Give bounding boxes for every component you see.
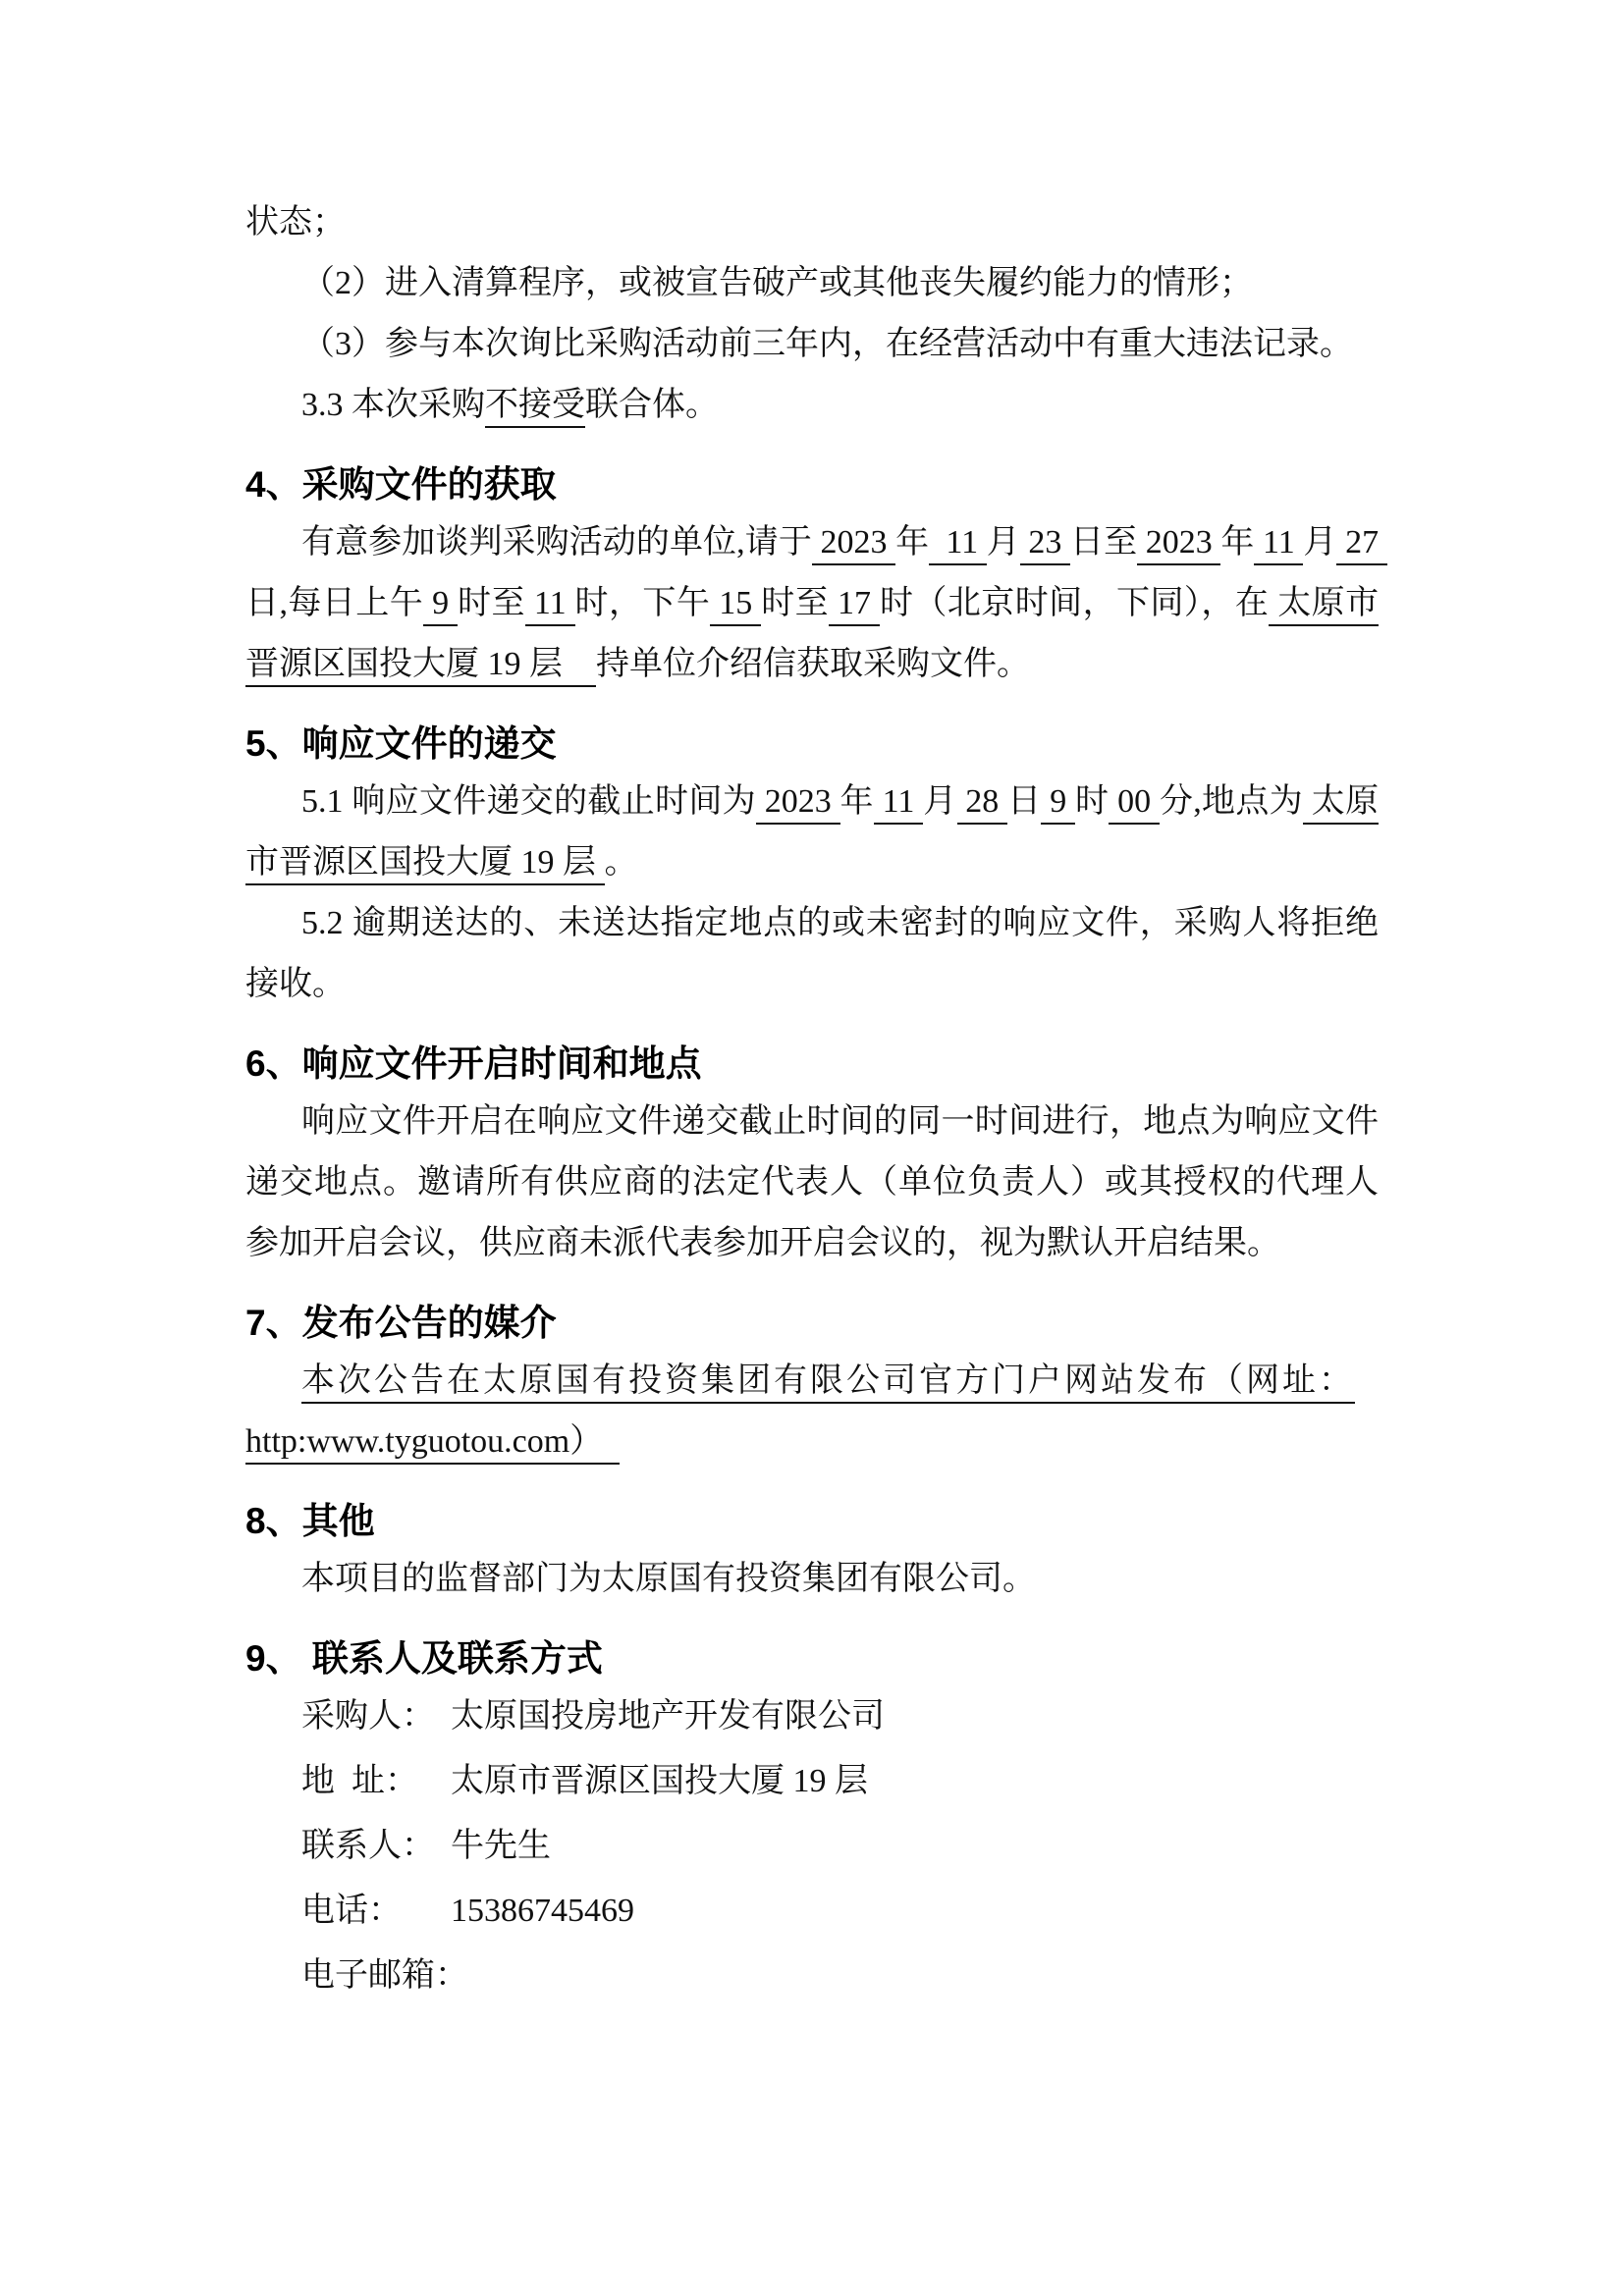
- underlined-run: 11: [525, 585, 575, 626]
- text-run: 。: [605, 844, 638, 881]
- underlined-run: 本次公告在太原国有投资集团有限公司官方门户网站发布（网址：: [301, 1362, 1355, 1404]
- contact-label: 采购人：: [301, 1686, 451, 1747]
- text-run: （3）参与本次询比采购活动前三年内，在经营活动中有重大违法记录。: [301, 326, 1353, 362]
- underlined-run: 不接受: [485, 387, 585, 428]
- text-run: 本项目的监督部门为太原国有投资集团有限公司。: [301, 1561, 1036, 1597]
- underlined-run: 27: [1336, 524, 1386, 565]
- text-run: 时，下午: [575, 585, 711, 621]
- contact-label: 电话：: [301, 1881, 451, 1942]
- underlined-run: 15: [710, 585, 761, 626]
- contact-value: 牛先生: [451, 1816, 551, 1877]
- underlined-run: 28: [957, 783, 1008, 825]
- section-5-heading: 5、响应文件的递交: [245, 717, 1379, 772]
- contact-label: 地 址：: [301, 1751, 451, 1812]
- underlined-run: 23: [1020, 524, 1070, 565]
- text-run: 日至: [1070, 524, 1137, 561]
- text-run: 时: [1075, 783, 1109, 820]
- contact-value: 太原市晋源区国投大厦 19 层: [451, 1751, 868, 1812]
- section-6-heading: 6、响应文件开启时间和地点: [245, 1037, 1379, 1092]
- section-4-heading: 4、采购文件的获取: [245, 457, 1379, 512]
- section-7-paragraph-line1: 本次公告在太原国有投资集团有限公司官方门户网站发布（网址：: [245, 1351, 1379, 1412]
- contact-value: 15386745469: [451, 1881, 634, 1942]
- text-run: 状态；: [245, 204, 346, 240]
- text-run: 年: [840, 783, 874, 820]
- contact-row: 地 址：太原市晋源区国投大厦 19 层: [301, 1751, 1379, 1812]
- underlined-run: 9: [423, 585, 458, 626]
- list-item-2: （2）进入清算程序，或被宣告破产或其他丧失履约能力的情形；: [245, 253, 1379, 314]
- text-run: 年: [1220, 524, 1254, 561]
- underlined-run: 11: [1254, 524, 1303, 565]
- text-run: 持单位介绍信获取采购文件。: [596, 646, 1030, 682]
- text-run: 日: [1007, 783, 1041, 820]
- section-8-heading: 8、其他: [245, 1494, 1379, 1549]
- para-status-line: 状态；: [245, 192, 1379, 253]
- section-9-heading: 9、 联系人及联系方式: [245, 1631, 1379, 1686]
- clause-3-3: 3.3 本次采购不接受联合体。: [245, 375, 1379, 436]
- section-6-paragraph: 响应文件开启在响应文件递交截止时间的同一时间进行，地点为响应文件递交地点。邀请所…: [245, 1092, 1379, 1274]
- contact-row: 采购人：太原国投房地产开发有限公司: [301, 1686, 1379, 1747]
- underlined-run: 2023: [812, 524, 895, 565]
- contact-label: 电子邮箱：: [301, 1946, 468, 2006]
- clause-5-1: 5.1 响应文件递交的截止时间为 2023 年 11 月 28 日 9 时 00…: [245, 772, 1379, 893]
- underlined-run: 11: [929, 524, 987, 565]
- text-run: 月: [1303, 524, 1336, 561]
- text-run: 3.3 本次采购: [301, 387, 485, 423]
- underlined-run: http:www.tyguotou.com）: [245, 1423, 620, 1465]
- contact-list: 采购人：太原国投房地产开发有限公司地 址：太原市晋源区国投大厦 19 层联系人：…: [245, 1686, 1379, 2006]
- contact-row: 电话：15386745469: [301, 1881, 1379, 1942]
- section-7-heading: 7、发布公告的媒介: [245, 1296, 1379, 1351]
- text-run: 月: [987, 524, 1020, 561]
- underlined-run: 2023: [1137, 524, 1220, 565]
- section-4-paragraph: 有意参加谈判采购活动的单位,请于 2023 年 11 月 23 日至 2023 …: [245, 512, 1379, 695]
- text-run: 联合体。: [585, 387, 719, 423]
- underlined-run: 00: [1109, 783, 1160, 825]
- list-item-3: （3）参与本次询比采购活动前三年内，在经营活动中有重大违法记录。: [245, 314, 1379, 375]
- text-run: 时（北京时间，下同），在: [880, 585, 1269, 621]
- text-run: （2）进入清算程序，或被宣告破产或其他丧失履约能力的情形；: [301, 265, 1253, 301]
- contact-value: 太原国投房地产开发有限公司: [451, 1686, 885, 1747]
- section-7-website-url: http:www.tyguotou.com）: [245, 1412, 1379, 1472]
- contact-row: 联系人：牛先生: [301, 1816, 1379, 1877]
- underlined-run: 2023: [756, 783, 840, 825]
- section-8-paragraph: 本项目的监督部门为太原国有投资集团有限公司。: [245, 1549, 1379, 1610]
- text-run: 时至: [458, 585, 525, 621]
- text-run: 响应文件开启在响应文件递交截止时间的同一时间进行，地点为响应文件递交地点。邀请所…: [245, 1103, 1379, 1261]
- text-run: 分,地点为: [1160, 783, 1303, 820]
- text-run: 5.2 逾期送达的、未送达指定地点的或未密封的响应文件，采购人将拒绝接收。: [245, 905, 1379, 1002]
- text-run: 月: [923, 783, 956, 820]
- underlined-run: 17: [829, 585, 880, 626]
- clause-5-2: 5.2 逾期送达的、未送达指定地点的或未密封的响应文件，采购人将拒绝接收。: [245, 893, 1379, 1015]
- underlined-run: 9: [1041, 783, 1075, 825]
- document-page: 状态； （2）进入清算程序，或被宣告破产或其他丧失履约能力的情形； （3）参与本…: [0, 0, 1624, 2296]
- text-run: 5.1 响应文件递交的截止时间为: [301, 783, 756, 820]
- text-run: 有意参加谈判采购活动的单位,请于: [301, 524, 812, 561]
- text-run: 年: [895, 524, 929, 561]
- contact-label: 联系人：: [301, 1816, 451, 1877]
- underlined-run: 11: [874, 783, 923, 825]
- text-run: 时至: [761, 585, 829, 621]
- contact-row: 电子邮箱：: [301, 1946, 1379, 2006]
- text-run: 日,每日上午: [245, 585, 423, 621]
